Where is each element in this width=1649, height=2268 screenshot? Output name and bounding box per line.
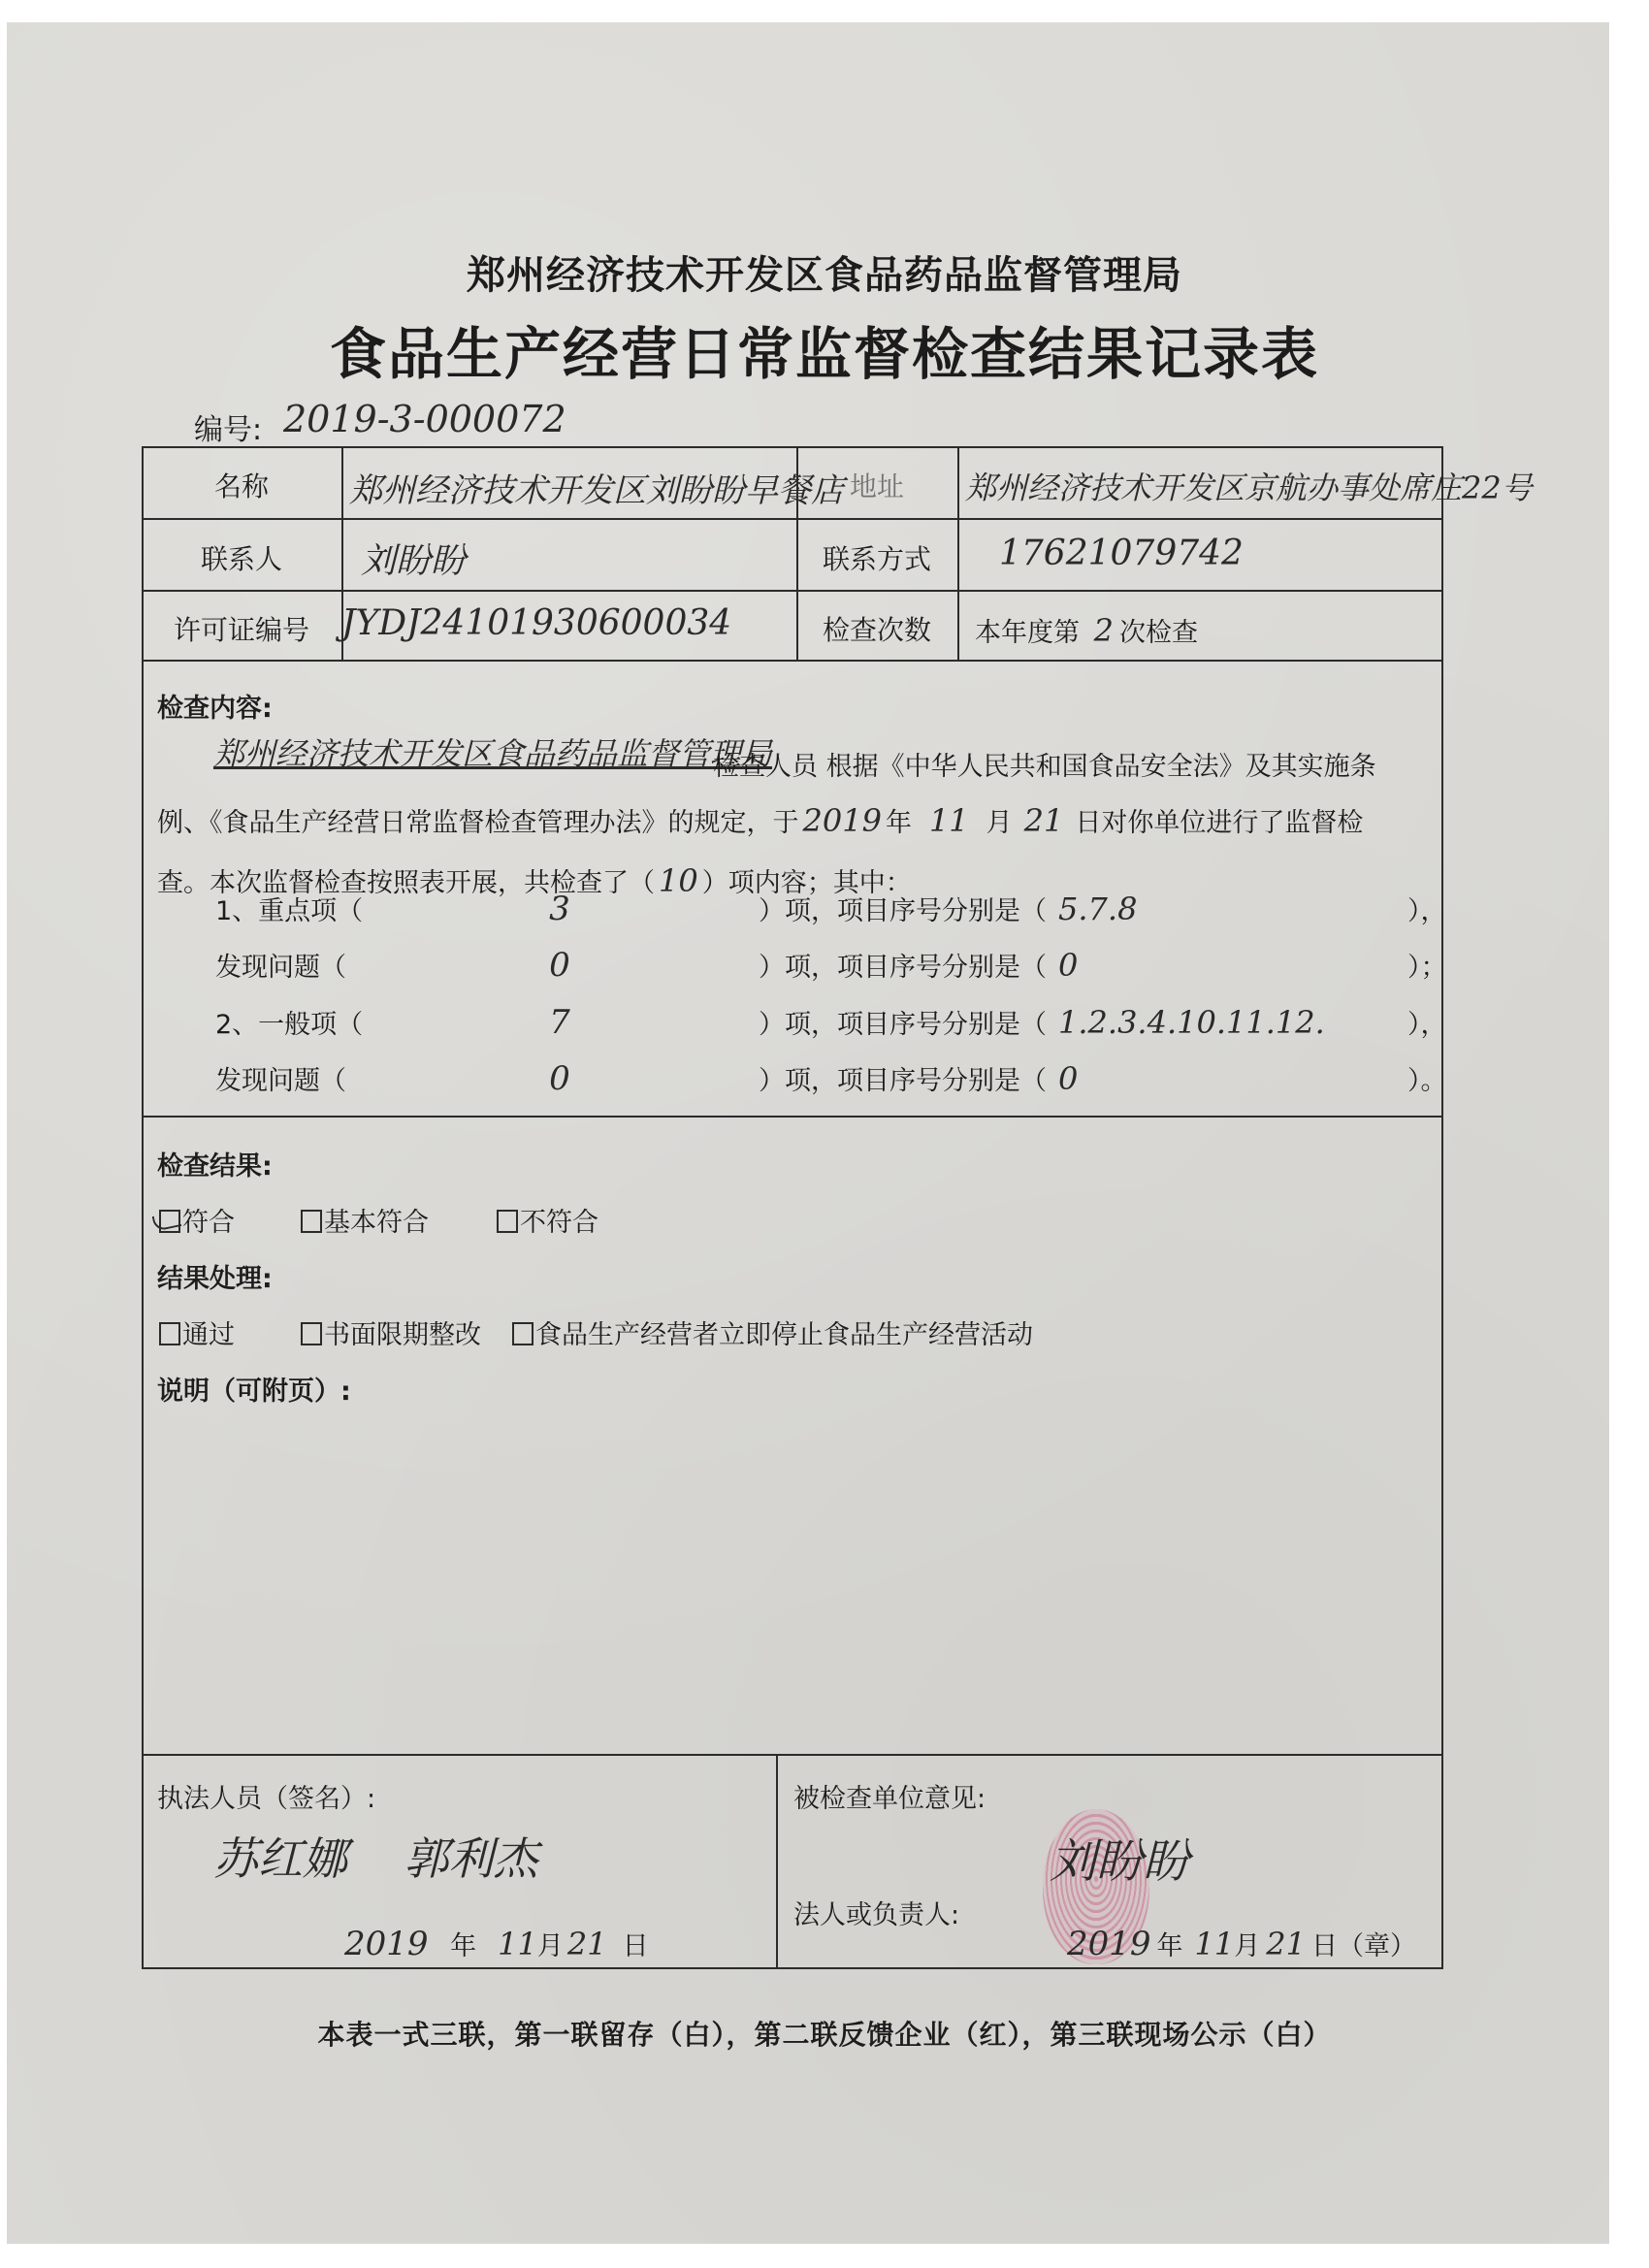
checkbox-icon[interactable] bbox=[301, 1322, 322, 1345]
item-row: 发现问题（0）项，项目序号分别是（0）； bbox=[215, 946, 1447, 985]
signature-divider bbox=[776, 1754, 778, 1969]
unit-year: 2019 bbox=[1067, 1925, 1151, 1963]
contact-label: 联系人 bbox=[142, 538, 341, 577]
seal-note: （章） bbox=[1338, 1931, 1416, 1961]
copies-footer-note: 本表一式三联，第一联留存（白），第二联反馈企业（红），第三联现场公示（白） bbox=[0, 2014, 1649, 2053]
name-label: 名称 bbox=[142, 466, 341, 504]
serial-label: 编号: bbox=[194, 405, 262, 448]
officer-date: 2019 年11月21日 bbox=[344, 1925, 649, 1963]
item-row-label: 1、重点项（ bbox=[215, 890, 361, 927]
address-label: 地址 bbox=[796, 466, 957, 504]
count-suffix: 次检查 bbox=[1119, 618, 1198, 648]
line2-suffix: 日对你单位进行了监督检 bbox=[1075, 808, 1363, 838]
license-value: JYDJ24101930600034 bbox=[341, 603, 731, 643]
item-row-label: 发现问题（ bbox=[215, 946, 361, 984]
item-row: 1、重点项（3）项，项目序号分别是（5.7.8）， bbox=[215, 890, 1447, 928]
item-row-mid: ）项，项目序号分别是（ bbox=[759, 1010, 1047, 1040]
item-row-count: 0 bbox=[361, 946, 759, 985]
unit-day: 21 bbox=[1266, 1926, 1306, 1962]
item-row-mid: ）项，项目序号分别是（ bbox=[759, 1066, 1047, 1096]
inspection-heading: 检查内容: bbox=[157, 687, 273, 725]
result-heading: 检查结果: bbox=[157, 1145, 273, 1183]
item-row-numbers: 5.7.8 bbox=[1047, 891, 1407, 927]
year-unit: 年 bbox=[1157, 1931, 1183, 1961]
inspection-line1: 检查人员 根据《中华人民共和国食品安全法》及其实施条 bbox=[713, 745, 1376, 783]
checkbox-option[interactable]: 通过 bbox=[159, 1313, 235, 1351]
item-row-end: ）， bbox=[1407, 896, 1447, 926]
address-value: 郑州经济技术开发区京航办事处席庄22号 bbox=[965, 464, 1533, 508]
unit-date: 2019年11月21日（章） bbox=[1067, 1925, 1416, 1963]
inspection-line2: 例、《食品生产经营日常监督检查管理办法》的规定，于2019年11月21日对你单位… bbox=[157, 801, 1363, 839]
item-row-count: 3 bbox=[361, 890, 759, 928]
col-divider bbox=[957, 446, 959, 660]
checkbox-label: 书面限期整改 bbox=[324, 1320, 481, 1350]
serial-number: 2019-3-000072 bbox=[283, 398, 566, 440]
checkbox-option[interactable]: 基本符合 bbox=[301, 1201, 429, 1239]
row-divider bbox=[142, 590, 1443, 592]
item-row-end: ）， bbox=[1407, 1010, 1447, 1040]
form-title: 食品生产经营日常监督检查结果记录表 bbox=[0, 308, 1649, 390]
item-row: 2、一般项（7）项，项目序号分别是（1.2.3.4.10.11.12.）， bbox=[215, 1003, 1447, 1042]
phone-value: 17621079742 bbox=[999, 534, 1244, 573]
count-prefix: 本年度第 bbox=[975, 618, 1080, 648]
item-row: 发现问题（0）项，项目序号分别是（0）。 bbox=[215, 1059, 1447, 1098]
month-unit: 月 bbox=[537, 1931, 564, 1961]
section-divider bbox=[142, 1116, 1443, 1118]
checkbox-label: 不符合 bbox=[520, 1208, 598, 1238]
checkbox-label: 符合 bbox=[182, 1208, 235, 1238]
count-value: 2 bbox=[1094, 612, 1114, 649]
checkbox-label: 基本符合 bbox=[324, 1208, 429, 1238]
day-unit: 日 bbox=[623, 1931, 649, 1961]
contact-value: 刘盼盼 bbox=[361, 534, 466, 583]
item-row-label: 2、一般项（ bbox=[215, 1003, 361, 1041]
item-row-numbers: 0 bbox=[1047, 1060, 1407, 1097]
row-divider bbox=[142, 518, 1443, 520]
year-unit: 年 bbox=[886, 808, 912, 838]
checkbox-option[interactable]: 符合 bbox=[159, 1201, 235, 1239]
item-row-end: ）。 bbox=[1407, 1066, 1447, 1096]
responsible-label: 法人或负责人: bbox=[793, 1894, 959, 1931]
section-divider bbox=[142, 1754, 1443, 1756]
checkbox-icon[interactable] bbox=[159, 1210, 180, 1233]
responsible-signature: 刘盼盼 bbox=[1050, 1824, 1189, 1891]
inspection-month: 11 bbox=[929, 802, 969, 839]
officer-signatures: 苏红娜 郭利杰 bbox=[213, 1824, 538, 1888]
item-row-mid: ）项，项目序号分别是（ bbox=[759, 953, 1047, 983]
inspection-day: 21 bbox=[1024, 802, 1064, 839]
year-unit: 年 bbox=[450, 1931, 476, 1961]
checkbox-icon[interactable] bbox=[301, 1210, 322, 1233]
unit-opinion-label: 被检查单位意见: bbox=[793, 1777, 986, 1815]
handling-heading: 结果处理: bbox=[157, 1257, 273, 1295]
count-text: 本年度第 2次检查 bbox=[975, 611, 1198, 649]
item-row-end: ）； bbox=[1407, 953, 1447, 983]
checkbox-icon[interactable] bbox=[512, 1322, 533, 1345]
line2-prefix: 例、《食品生产经营日常监督检查管理办法》的规定，于 bbox=[157, 808, 799, 838]
day-unit: 日 bbox=[1311, 1931, 1338, 1961]
checkbox-icon[interactable] bbox=[159, 1322, 180, 1345]
month-unit: 月 bbox=[986, 808, 1013, 838]
item-row-count: 7 bbox=[361, 1003, 759, 1042]
row-divider bbox=[142, 660, 1443, 662]
checkbox-label: 通过 bbox=[182, 1320, 235, 1350]
inspection-year: 2019 bbox=[803, 802, 882, 839]
checkbox-option[interactable]: 食品生产经营者立即停止食品生产经营活动 bbox=[512, 1313, 1033, 1351]
count-label: 检查次数 bbox=[796, 609, 957, 648]
item-row-mid: ）项，项目序号分别是（ bbox=[759, 896, 1047, 926]
officer-year: 2019 bbox=[344, 1925, 429, 1963]
officer-label: 执法人员（签名）: bbox=[157, 1777, 375, 1815]
inspecting-agency: 郑州经济技术开发区食品药品监督管理局 bbox=[213, 729, 772, 774]
agency-title: 郑州经济技术开发区食品药品监督管理局 bbox=[0, 244, 1649, 300]
notes-heading: 说明（可附页）: bbox=[157, 1370, 351, 1408]
officer-month: 11 bbox=[498, 1926, 537, 1962]
checkbox-label: 食品生产经营者立即停止食品生产经营活动 bbox=[535, 1320, 1033, 1350]
month-unit: 月 bbox=[1234, 1931, 1260, 1961]
item-row-label: 发现问题（ bbox=[215, 1059, 361, 1097]
checkbox-option[interactable]: 书面限期整改 bbox=[301, 1313, 481, 1351]
item-row-numbers: 1.2.3.4.10.11.12. bbox=[1047, 1004, 1407, 1041]
item-row-count: 0 bbox=[361, 1059, 759, 1098]
phone-label: 联系方式 bbox=[796, 538, 957, 577]
checkbox-option[interactable]: 不符合 bbox=[497, 1201, 598, 1239]
unit-month: 11 bbox=[1195, 1926, 1235, 1962]
officer-day: 21 bbox=[567, 1926, 607, 1962]
checkbox-icon[interactable] bbox=[497, 1210, 518, 1233]
name-value: 郑州经济技术开发区刘盼盼早餐店 bbox=[349, 464, 844, 511]
item-row-numbers: 0 bbox=[1047, 947, 1407, 984]
license-label: 许可证编号 bbox=[142, 609, 341, 648]
